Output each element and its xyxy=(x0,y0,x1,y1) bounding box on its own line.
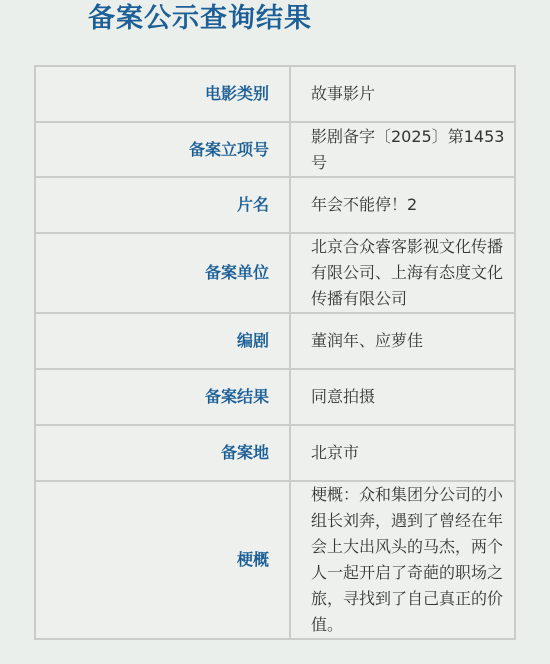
row-label: 梗概 xyxy=(35,481,290,639)
table-row-location: 备案地 北京市 xyxy=(35,425,515,481)
page-title: 备案公示查询结果 xyxy=(88,2,312,36)
row-label: 备案单位 xyxy=(35,233,290,313)
row-value: 梗概：众和集团分公司的小组长刘奔，遇到了曾经在年会上大出风头的马杰，两个人一起开… xyxy=(290,481,515,639)
table-row-result: 备案结果 同意拍摄 xyxy=(35,369,515,425)
table-row-registration-number: 备案立项号 影剧备字〔2025〕第1453号 xyxy=(35,122,515,177)
record-table: 电影类别 故事影片 备案立项号 影剧备字〔2025〕第1453号 片名 年会不能… xyxy=(34,65,516,640)
row-label: 备案结果 xyxy=(35,369,290,425)
row-value: 影剧备字〔2025〕第1453号 xyxy=(290,122,515,177)
row-value: 北京合众睿客影视文化传播有限公司、上海有态度文化传播有限公司 xyxy=(290,233,515,313)
row-value: 年会不能停！2 xyxy=(290,177,515,233)
row-value: 北京市 xyxy=(290,425,515,481)
table-row-film-category: 电影类别 故事影片 xyxy=(35,66,515,122)
row-value: 董润年、应萝佳 xyxy=(290,313,515,369)
table-row-synopsis: 梗概 梗概：众和集团分公司的小组长刘奔，遇到了曾经在年会上大出风头的马杰，两个人… xyxy=(35,481,515,639)
table-row-film-title: 片名 年会不能停！2 xyxy=(35,177,515,233)
row-label: 电影类别 xyxy=(35,66,290,122)
row-label: 片名 xyxy=(35,177,290,233)
row-label: 编剧 xyxy=(35,313,290,369)
table-row-screenwriter: 编剧 董润年、应萝佳 xyxy=(35,313,515,369)
row-value: 故事影片 xyxy=(290,66,515,122)
row-label: 备案地 xyxy=(35,425,290,481)
row-value: 同意拍摄 xyxy=(290,369,515,425)
table-row-registrant: 备案单位 北京合众睿客影视文化传播有限公司、上海有态度文化传播有限公司 xyxy=(35,233,515,313)
row-label: 备案立项号 xyxy=(35,122,290,177)
